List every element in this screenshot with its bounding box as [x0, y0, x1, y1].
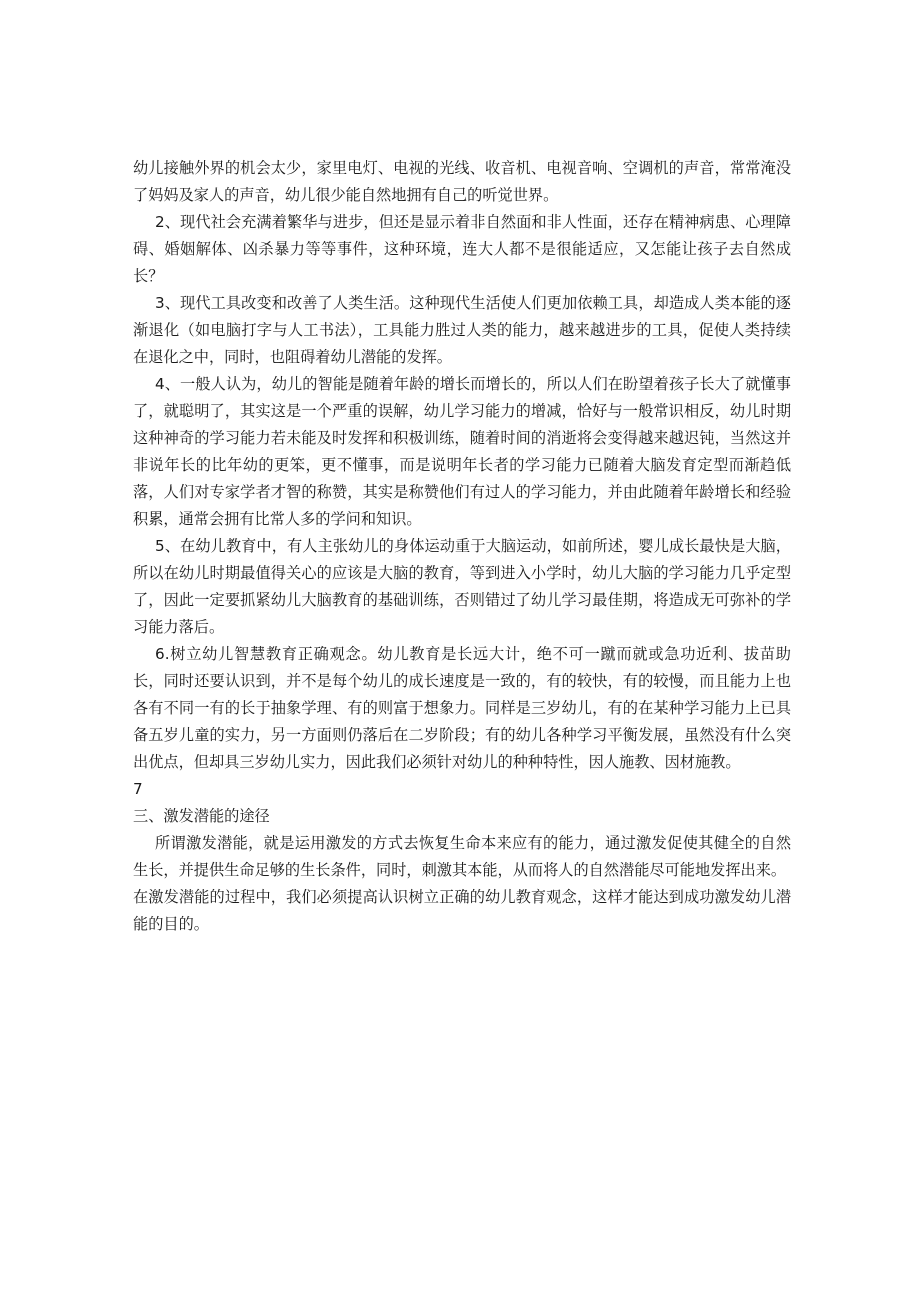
paragraph: 3、现代工具改变和改善了人类生活。这种现代生活使人们更加依赖工具，却造成人类本能…: [133, 290, 791, 371]
paragraph: 4、一般人认为，幼儿的智能是随着年龄的增长而增长的，所以人们在盼望着孩子长大了就…: [133, 371, 791, 533]
paragraph: 2、现代社会充满着繁华与进步，但还是显示着非自然面和非人性面，还存在精神病患、心…: [133, 209, 791, 290]
document-text-block: 幼儿接触外界的机会太少，家里电灯、电视的光线、收音机、电视音响、空调机的声音，常…: [133, 155, 791, 938]
document-page: 幼儿接触外界的机会太少，家里电灯、电视的光线、收音机、电视音响、空调机的声音，常…: [0, 0, 920, 1301]
paragraph: 在激发潜能的过程中，我们必须提高认识树立正确的幼儿教育观念，这样才能达到成功激发…: [133, 884, 791, 938]
paragraph: 5、在幼儿教育中，有人主张幼儿的身体运动重于大脑运动，如前所述，婴儿成长最快是大…: [133, 533, 791, 641]
page-number: 7: [133, 776, 791, 803]
paragraph: 6.树立幼儿智慧教育正确观念。幼儿教育是长远大计，绝不可一蹴而就或急功近利、拔苗…: [133, 641, 791, 776]
paragraph: 幼儿接触外界的机会太少，家里电灯、电视的光线、收音机、电视音响、空调机的声音，常…: [133, 155, 791, 209]
paragraph: 所谓激发潜能，就是运用激发的方式去恢复生命本来应有的能力，通过激发促使其健全的自…: [133, 830, 791, 884]
section-heading: 三、激发潜能的途径: [133, 803, 791, 830]
